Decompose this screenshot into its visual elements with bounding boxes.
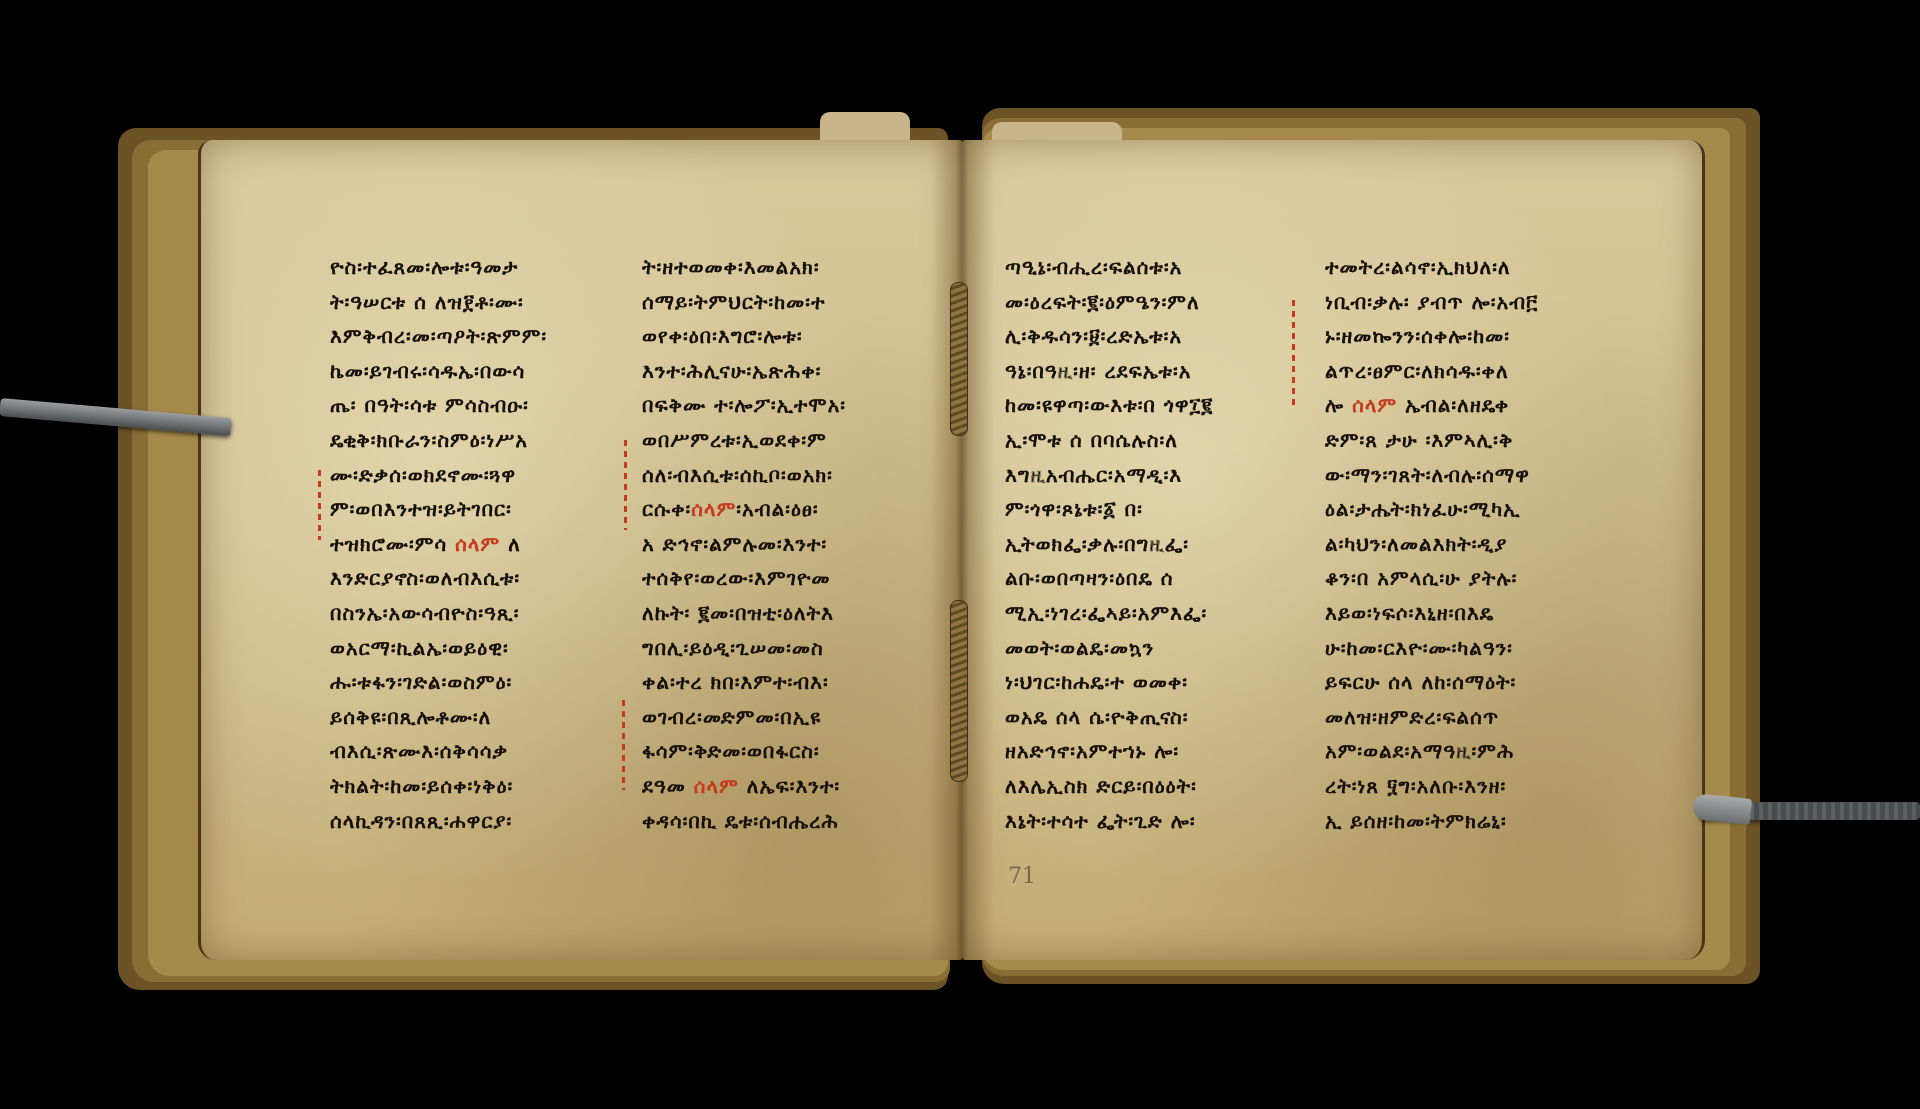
script-line: ዴቂቅ፡ክቡራን፡ስምዕ፡ነሥአ <box>330 423 630 458</box>
script-line: አ ድኅኖ፡ልምሉመ፡እንተ፡ <box>642 527 942 562</box>
script-line: ዮስ፡ተፈጸመ፡ሎቱ፡ዓመታ <box>330 250 630 285</box>
text-column-right-1: ጣዒኔ፡ብሒረ፡ፍልሰቱ፡አመ፡ዕረፍት፡፪፡ዕምዔን፡ምለሊ፡ቅዱሳን፡፱፡ረ… <box>1005 250 1305 838</box>
marginal-rubric-mark <box>622 700 625 790</box>
script-line: እንድርያኖስ፡ወለብእሲቱ፡ <box>330 561 630 596</box>
manuscript-photo: ዮስ፡ተፈጸመ፡ሎቱ፡ዓመታት፡ዓሠርቱ ሰ ለዝ፻ቶ፡ሙ፡እምቅብረ፡መ፡ጣዖ… <box>0 0 1920 1109</box>
script-line: ወአርማ፡ኪልኤ፡ወይዕዊ፡ <box>330 631 630 666</box>
script-line: ኢትወክፌ፡ቃሉ፡በግዚፌ፡ <box>1005 527 1305 562</box>
script-line: ረት፡ነጸ ፶ግ፡አለቡ፡እንዘ፡ <box>1325 769 1625 804</box>
script-line: ሎ ሰላም ኤብል፡ለዘዴቀ <box>1325 388 1625 423</box>
script-line: ጤ፡ በዓት፡ሳቱ ምሳስብዑ፡ <box>330 388 630 423</box>
script-line: ወየቀ፡ዕበ፡እግሮ፡ሎቱ፡ <box>642 319 942 354</box>
script-line: ኢ ይሰዘ፡ከመ፡ትምክሬኒ፡ <box>1325 804 1625 839</box>
marginal-rubric-mark <box>318 470 321 540</box>
script-line: ሁ፡ከመ፡ርእዮ፡ሙ፡ካልዓን፡ <box>1325 631 1625 666</box>
rubric-word: ሰላም <box>691 497 736 521</box>
script-line: ሰማይ፡ትምህርት፡ከመ፡ተ <box>642 285 942 320</box>
script-line: ጣዒኔ፡ብሒረ፡ፍልሰቱ፡አ <box>1005 250 1305 285</box>
script-line: ነቢብ፡ቃሉ፡ ያብጥ ሎ፡አብ፫ <box>1325 285 1625 320</box>
script-line: ሚኢ፡ነገረ፡ፌኣይ፡አምእፌ፡ <box>1005 596 1305 631</box>
script-line: ብእሲ፡ጽሙእ፡ሰቅሳሳቃ <box>330 734 630 769</box>
rubric-word: ሰላም <box>694 774 739 798</box>
script-line: ተመትረ፡ልሳኖ፡ኢክህለ፡ለ <box>1325 250 1625 285</box>
script-line: ወአዴ ሰላ ሴ፡ዮቅጢናስ፡ <box>1005 700 1305 735</box>
script-line: ተሰቅየ፡ወረው፡እምገዮመ <box>642 561 942 596</box>
script-line: ው፡ማን፡ገጸት፡ለብሉ፡ሰማዋ <box>1325 458 1625 493</box>
script-line: ሰለ፡ብእሲቱ፡ሰኪቦ፡ወአክ፡ <box>642 458 942 493</box>
script-line: አም፡ወልደ፡አማዓዚ፡ምሕ <box>1325 734 1625 769</box>
script-line: ይፍርሁ ሰላ ለከ፡ሰማዕት፡ <box>1325 665 1625 700</box>
script-line: እኔት፡ተሳተ ፌት፡ጊድ ሎ፡ <box>1005 804 1305 839</box>
script-line: ግበሊ፡ይዕዲ፡ጊሠመ፡መስ <box>642 631 942 666</box>
script-line: ም፡ወበእንተዝ፡ይትገበር፡ <box>330 492 630 527</box>
script-line: ሙ፡ድቃሰ፡ወክደኖሙ፡ጓዋ <box>330 458 630 493</box>
script-line: እምቅብረ፡መ፡ጣዖት፡ጽምም፡ <box>330 319 630 354</box>
script-line: እንተ፡ሕሊናሁ፡ኤጽሕቀ፡ <box>642 354 942 389</box>
script-line: ት፡ዘተወመቀ፡እመልአክ፡ <box>642 250 942 285</box>
script-line: ቀዳሳ፡በኪ ዴቱ፡ሰብሔረሕ <box>642 804 942 839</box>
binding-stitch-icon <box>950 282 968 436</box>
script-line: ይሰቅዩ፡በጺሎቶሙ፡ለ <box>330 700 630 735</box>
script-line: ድም፡ጸ ታሁ ፡እምኣሊ፡ቅ <box>1325 423 1625 458</box>
script-line: ቀል፡ተረ ክበ፡እምተ፡ብእ፡ <box>642 665 942 700</box>
script-line: ነ፡ህገር፡ከሐዴ፡ተ ወመቀ፡ <box>1005 665 1305 700</box>
script-line: ርሱቀ፡ሰላም፡አብል፡ዕፀ፡ <box>642 492 942 527</box>
script-line: በፍቅሙ ተ፡ሎፖ፡ኢተሞአ፡ <box>642 388 942 423</box>
script-line: ሑ፡ቱፋን፡ገድል፡ወስምዕ፡ <box>330 665 630 700</box>
script-line: ሰላኪዳን፡በጸጺ፡ሐዋርያ፡ <box>330 804 630 839</box>
script-line: ኬመ፡ይገብሩ፡ሳዱኤ፡በውሳ <box>330 354 630 389</box>
script-line: ኑ፡ዘመኰንን፡ሰቀሎ፡ከመ፡ <box>1325 319 1625 354</box>
script-line: ፋሳም፡ቅድመ፡ወበፋርስ፡ <box>642 734 942 769</box>
script-line: እግዚአብሔር፡አማዲ፡እ <box>1005 458 1305 493</box>
script-line: ደዓመ ሰላም ለኤፍ፡እንተ፡ <box>642 769 942 804</box>
script-line: መወት፡ወልዴ፡መኳን <box>1005 631 1305 666</box>
script-line: እይወ፡ነፍሶ፡እኒዘ፡በእዴ <box>1325 596 1625 631</box>
text-column-right-2: ተመትረ፡ልሳኖ፡ኢክህለ፡ለነቢብ፡ቃሉ፡ ያብጥ ሎ፡አብ፫ኑ፡ዘመኰንን፡… <box>1325 250 1625 838</box>
script-line: ከመ፡ዩዋጣ፡ውእቱ፡በ ጎዋ፲፪ <box>1005 388 1305 423</box>
script-line: ቆን፡በ አምላሲ፡ሁ ያትሉ፡ <box>1325 561 1625 596</box>
script-line: ም፡ጎዋ፡ጾኔቱ፡፩ በ፡ <box>1005 492 1305 527</box>
script-line: ት፡ዓሠርቱ ሰ ለዝ፻ቶ፡ሙ፡ <box>330 285 630 320</box>
script-line: ሊ፡ቅዱሳን፡፱፡ረድኤቱ፡አ <box>1005 319 1305 354</box>
script-line: ልቡ፡ወበጣዛን፡ዕበዴ ሰ <box>1005 561 1305 596</box>
folio-number: 71 <box>1008 864 1036 889</box>
script-line: ትክልት፡ከመ፡ይሰቀ፡ነቅዕ፡ <box>330 769 630 804</box>
rubric-word: ሰላም <box>1352 393 1397 417</box>
script-line: ወበሥምረቱ፡ኢወደቀ፡ም <box>642 423 942 458</box>
script-line: ዓኔ፡በዓዚ፡ዘ፡ ረደፍኤቱ፡አ <box>1005 354 1305 389</box>
rubric-word: ሰላም <box>455 532 500 556</box>
script-line: ወገብረ፡መድምመ፡በኢዩ <box>642 700 942 735</box>
script-line: ለኩት፡ ፪መ፡በዝቲ፡ዕለትእ <box>642 596 942 631</box>
marginal-rubric-mark <box>624 440 627 530</box>
script-line: ኢ፡ሞቱ ሰ በባሴሉስ፡ለ <box>1005 423 1305 458</box>
text-column-left-1: ዮስ፡ተፈጸመ፡ሎቱ፡ዓመታት፡ዓሠርቱ ሰ ለዝ፻ቶ፡ሙ፡እምቅብረ፡መ፡ጣዖ… <box>330 250 630 838</box>
marginal-rubric-mark <box>1292 300 1295 410</box>
script-line: ዕል፡ታሔት፡ክነፈሁ፡ሚካኢ <box>1325 492 1625 527</box>
script-line: ዘአድኅኖ፡አምተኀኑ ሎ፡ <box>1005 734 1305 769</box>
script-line: መለዝ፡ዘምድረ፡ፍልሰጥ <box>1325 700 1625 735</box>
script-line: በስንኤ፡አውሳብዮስ፡ዓጺ፡ <box>330 596 630 631</box>
script-line: ለእሌኢስክ ድርይ፡በዕዕት፡ <box>1005 769 1305 804</box>
script-line: ተዝክሮሙ፡ምሳ ሰላም ለ <box>330 527 630 562</box>
text-column-left-2: ት፡ዘተወመቀ፡እመልአክ፡ሰማይ፡ትምህርት፡ከመ፡ተወየቀ፡ዕበ፡እግሮ፡ሎ… <box>642 250 942 838</box>
script-line: ል፡ካህን፡ለመልእክት፡ዲያ <box>1325 527 1625 562</box>
binding-stitch-icon <box>950 600 968 782</box>
script-line: መ፡ዕረፍት፡፪፡ዕምዔን፡ምለ <box>1005 285 1305 320</box>
script-line: ልጥረ፡ፀምር፡ለክሳዱ፡ቀለ <box>1325 354 1625 389</box>
